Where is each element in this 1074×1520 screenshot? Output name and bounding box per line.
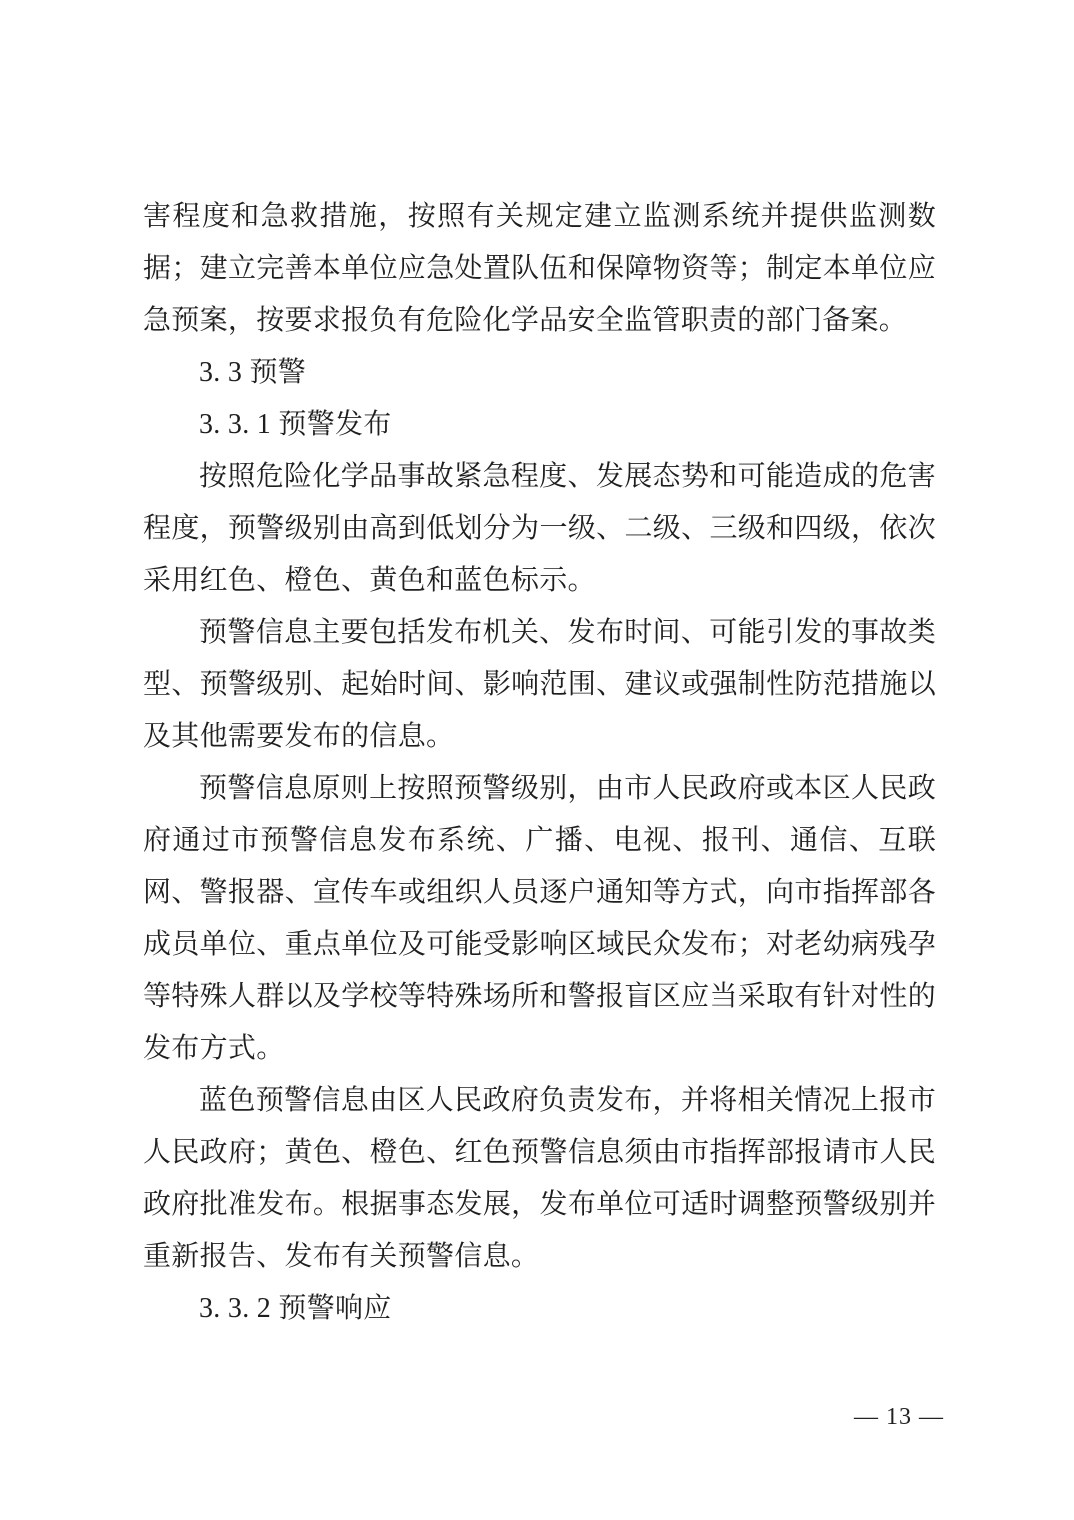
paragraph-warning-info-release: 预警信息原则上按照预警级别，由市人民政府或本区人民政府通过市预警信息发布系统、广… (143, 763, 936, 1075)
document-page: 害程度和急救措施，按照有关规定建立监测系统并提供监测数据；建立完善本单位应急处置… (0, 0, 1074, 1520)
paragraph-warning-approval: 蓝色预警信息由区人民政府负责发布，并将相关情况上报市人民政府；黄色、橙色、红色预… (143, 1075, 936, 1283)
document-body: 害程度和急救措施，按照有关规定建立监测系统并提供监测数据；建立完善本单位应急处置… (143, 191, 936, 1335)
page-footer: — 13 — (854, 1402, 944, 1432)
paragraph-warning-info-content: 预警信息主要包括发布机关、发布时间、可能引发的事故类型、预警级别、起始时间、影响… (143, 607, 936, 763)
paragraph-warning-levels: 按照危险化学品事故紧急程度、发展态势和可能造成的危害程度，预警级别由高到低划分为… (143, 451, 936, 607)
section-heading-3-3: 3. 3 预警 (143, 347, 936, 399)
page-number: — 13 — (854, 1404, 944, 1430)
section-heading-3-3-2: 3. 3. 2 预警响应 (143, 1283, 936, 1335)
paragraph-continued: 害程度和急救措施，按照有关规定建立监测系统并提供监测数据；建立完善本单位应急处置… (143, 191, 936, 347)
section-heading-3-3-1: 3. 3. 1 预警发布 (143, 399, 936, 451)
